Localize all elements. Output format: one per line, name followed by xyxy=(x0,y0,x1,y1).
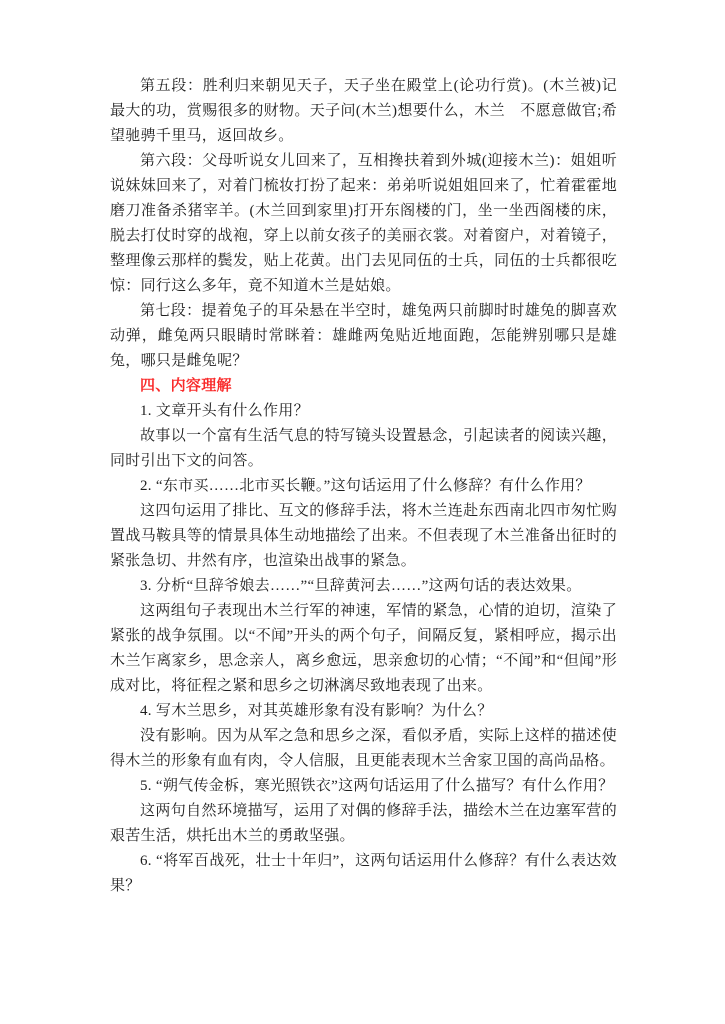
question-3: 3. 分析“旦辞爷娘去……”“旦辞黄河去……”这两句话的表达效果。 xyxy=(110,574,617,599)
question-5: 5. “朔气传金柝，寒光照铁衣”这两句话运用了什么描写？有什么作用？ xyxy=(110,774,617,799)
document-body: 第五段：胜利归来朝见天子，天子坐在殿堂上(论功行赏)。(木兰被)记最大的功，赏赐… xyxy=(110,74,617,899)
translated-paragraph-5: 第五段：胜利归来朝见天子，天子坐在殿堂上(论功行赏)。(木兰被)记最大的功，赏赐… xyxy=(110,74,617,149)
translated-paragraph-7: 第七段：提着兔子的耳朵悬在半空时，雄兔两只前脚时时雄兔的脚喜欢动弹，雌兔两只眼睛… xyxy=(110,299,617,374)
question-2: 2. “东市买……北市买长鞭。”这句话运用了什么修辞？有什么作用？ xyxy=(110,474,617,499)
answer-5: 这两句自然环境描写，运用了对偶的修辞手法，描绘木兰在边塞军营的艰苦生活，烘托出木… xyxy=(110,799,617,849)
question-1: 1. 文章开头有什么作用？ xyxy=(110,399,617,424)
answer-3: 这两组句子表现出木兰行军的神速，军情的紧急，心情的迫切，渲染了紧张的战争氛围。以… xyxy=(110,599,617,699)
question-6: 6. “将军百战死，壮士十年归”，这两句话运用什么修辞？有什么表达效果？ xyxy=(110,849,617,899)
answer-1: 故事以一个富有生活气息的特写镜头设置悬念，引起读者的阅读兴趣，同时引出下文的问答… xyxy=(110,424,617,474)
answer-4: 没有影响。因为从军之急和思乡之深，看似矛盾，实际上这样的描述使得木兰的形象有血有… xyxy=(110,724,617,774)
answer-2: 这四句运用了排比、互文的修辞手法，将木兰连赴东西南北四市匆忙购置战马鞍具等的情景… xyxy=(110,499,617,574)
question-4: 4. 写木兰思乡，对其英雄形象有没有影响？为什么？ xyxy=(110,699,617,724)
section-heading-content-comprehension: 四、内容理解 xyxy=(110,374,617,399)
translated-paragraph-6: 第六段：父母听说女儿回来了，互相搀扶着到外城(迎接木兰)：姐姐听说妹妹回来了，对… xyxy=(110,149,617,299)
document-page: 第五段：胜利归来朝见天子，天子坐在殿堂上(论功行赏)。(木兰被)记最大的功，赏赐… xyxy=(0,0,725,1024)
